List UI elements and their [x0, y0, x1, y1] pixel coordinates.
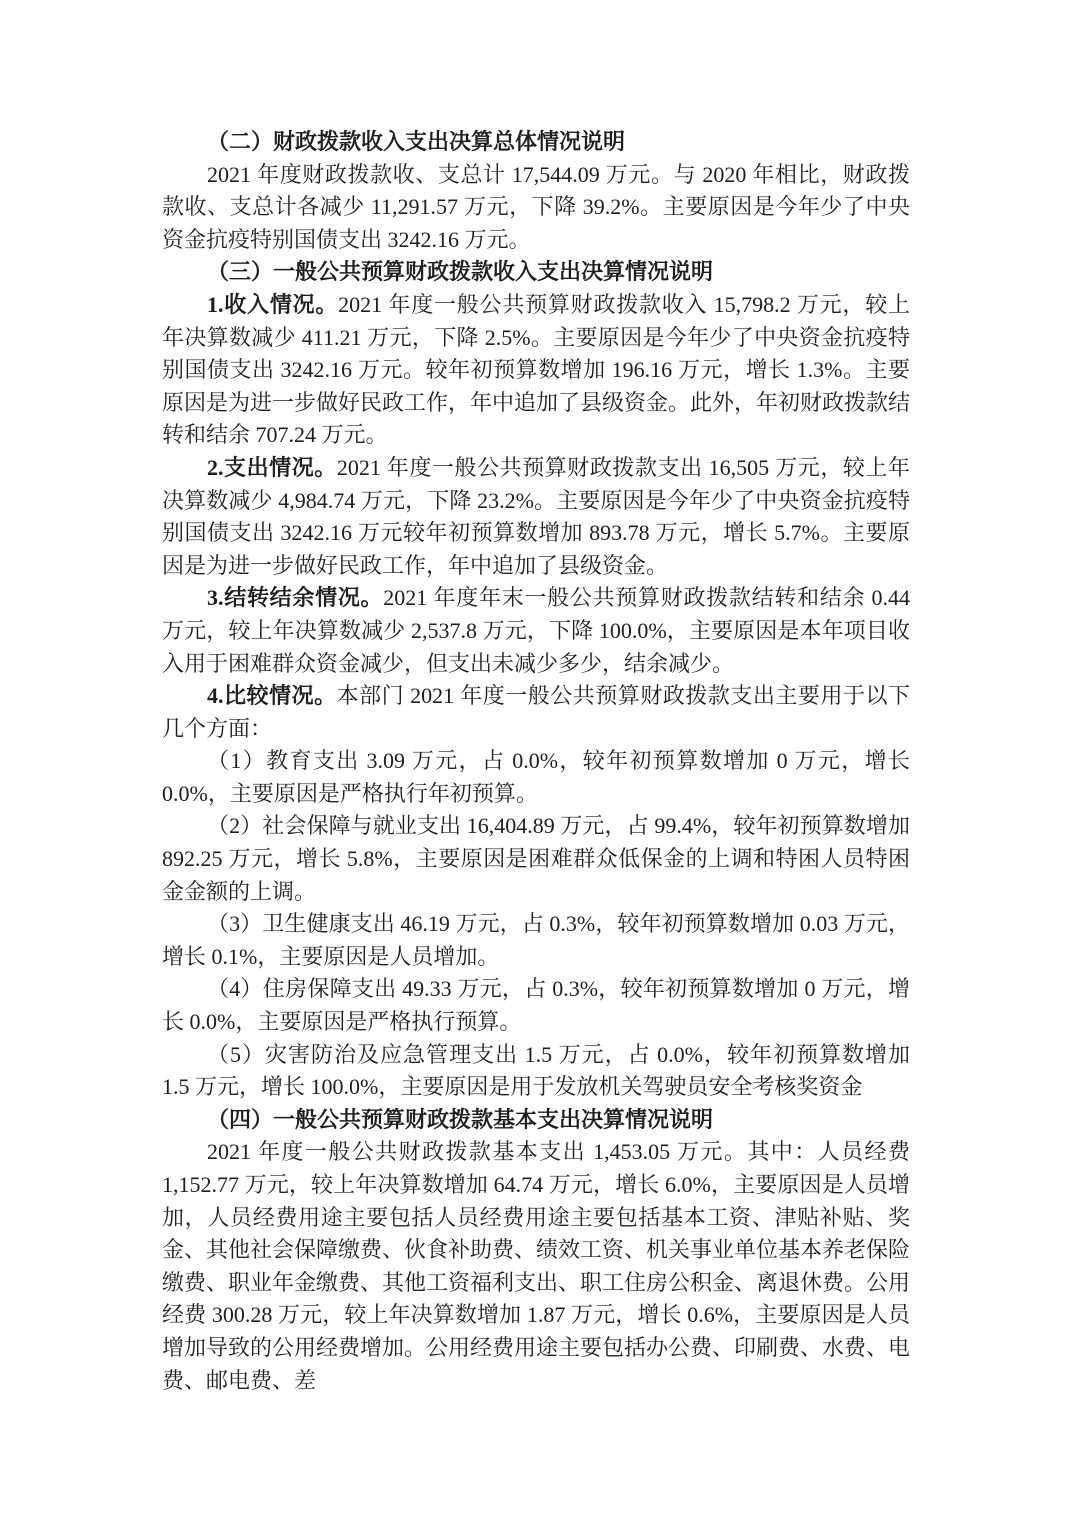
document-page: （二）财政拨款收入支出决算总体情况说明2021 年度财政拨款收、支总计 17,5…: [0, 0, 1074, 1520]
body-paragraph: （4）住房保障支出 49.33 万元，占 0.3%，较年初预算数增加 0 万元，…: [162, 973, 910, 1038]
body-paragraph: 1.收入情况。2021 年度一般公共预算财政拨款收入 15,798.2 万元，较…: [162, 289, 910, 452]
paragraph-text: 2021 年度财政拨款收、支总计 17,544.09 万元。与 2020 年相比…: [162, 162, 910, 252]
body-paragraph: （2）社会保障与就业支出 16,404.89 万元，占 99.4%，较年初预算数…: [162, 810, 910, 908]
document-body: （二）财政拨款收入支出决算总体情况说明2021 年度财政拨款收、支总计 17,5…: [162, 126, 910, 1397]
paragraph-text: （三）一般公共预算财政拨款收入支出决算情况说明: [207, 259, 713, 284]
paragraph-lead: 4.比较情况。: [207, 683, 337, 708]
section-heading: （二）财政拨款收入支出决算总体情况说明: [162, 126, 910, 159]
body-paragraph: 3.结转结余情况。2021 年度年末一般公共预算财政拨款结转和结余 0.44 万…: [162, 582, 910, 680]
body-paragraph: 4.比较情况。本部门 2021 年度一般公共预算财政拨款支出主要用于以下几个方面…: [162, 680, 910, 745]
paragraph-lead: 1.收入情况。: [207, 292, 338, 317]
paragraph-lead: 2.支出情况。: [207, 455, 337, 480]
paragraph-text: （5）灾害防治及应急管理支出 1.5 万元，占 0.0%，较年初预算数增加 1.…: [162, 1042, 910, 1100]
paragraph-text: 2021 年度一般公共财政拨款基本支出 1,453.05 万元。其中：人员经费 …: [162, 1139, 910, 1392]
body-paragraph: 2021 年度财政拨款收、支总计 17,544.09 万元。与 2020 年相比…: [162, 159, 910, 257]
paragraph-text: （4）住房保障支出 49.33 万元，占 0.3%，较年初预算数增加 0 万元，…: [162, 976, 910, 1034]
body-paragraph: 2.支出情况。2021 年度一般公共预算财政拨款支出 16,505 万元，较上年…: [162, 452, 910, 582]
paragraph-text: （2）社会保障与就业支出 16,404.89 万元，占 99.4%，较年初预算数…: [162, 813, 910, 903]
section-heading: （四）一般公共预算财政拨款基本支出决算情况说明: [162, 1104, 910, 1137]
paragraph-text: （3）卫生健康支出 46.19 万元，占 0.3%，较年初预算数增加 0.03 …: [162, 911, 910, 969]
section-heading: （三）一般公共预算财政拨款收入支出决算情况说明: [162, 256, 910, 289]
body-paragraph: （5）灾害防治及应急管理支出 1.5 万元，占 0.0%，较年初预算数增加 1.…: [162, 1039, 910, 1104]
body-paragraph: 2021 年度一般公共财政拨款基本支出 1,453.05 万元。其中：人员经费 …: [162, 1136, 910, 1397]
paragraph-text: （1）教育支出 3.09 万元，占 0.0%，较年初预算数增加 0 万元，增长 …: [162, 748, 910, 806]
body-paragraph: （3）卫生健康支出 46.19 万元，占 0.3%，较年初预算数增加 0.03 …: [162, 908, 910, 973]
body-paragraph: （1）教育支出 3.09 万元，占 0.0%，较年初预算数增加 0 万元，增长 …: [162, 745, 910, 810]
paragraph-text: （二）财政拨款收入支出决算总体情况说明: [207, 129, 625, 154]
paragraph-lead: 3.结转结余情况。: [207, 585, 383, 610]
paragraph-text: （四）一般公共预算财政拨款基本支出决算情况说明: [207, 1107, 713, 1132]
